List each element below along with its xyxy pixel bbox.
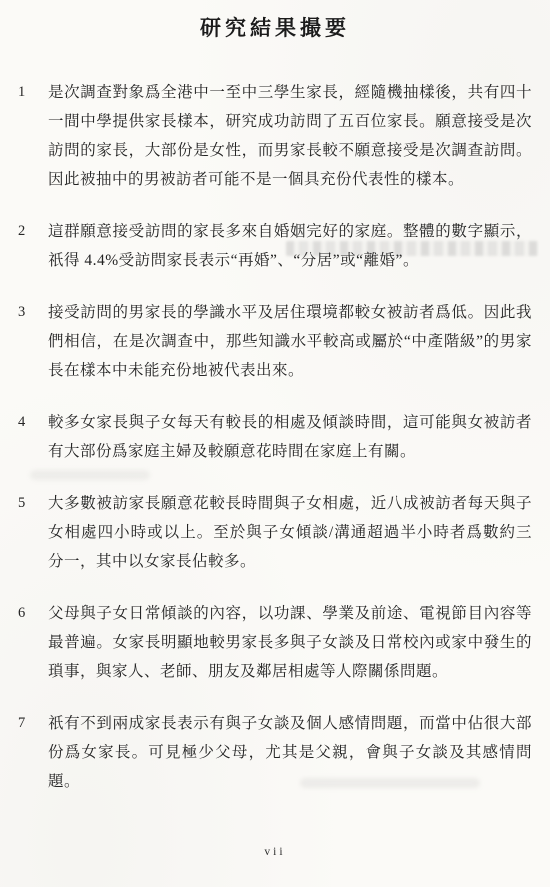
paragraph-text: 較多女家長與子女每天有較長的相處及傾談時間，這可能與女被訪者有大部份爲家庭主婦及… [48,408,532,466]
scan-bleed-through-artifact [286,241,538,256]
paragraph-text: 是次調查對象爲全港中一至中三學生家長，經隨機抽樣後，共有四十一間中學提供家長樣本… [48,78,532,194]
paragraph-number: 6 [0,599,48,686]
document-page: 研究結果撮要 1 是次調查對象爲全港中一至中三學生家長，經隨機抽樣後，共有四十一… [0,0,550,887]
paragraph-number: 4 [0,408,48,466]
paragraph-list: 1 是次調查對象爲全港中一至中三學生家長，經隨機抽樣後，共有四十一間中學提供家長… [0,78,550,796]
page-title: 研究結果撮要 [0,0,550,42]
page-number: vii [0,846,550,858]
scan-smudge-artifact [30,470,150,480]
paragraph-text: 接受訪問的男家長的學識水平及居住環境都較女被訪者爲低。因此我們相信，在是次調查中… [48,298,532,385]
paragraph-item-4: 4 較多女家長與子女每天有較長的相處及傾談時間，這可能與女被訪者有大部份爲家庭主… [0,408,550,466]
paragraph-item-5: 5 大多數被訪家長願意花較長時間與子女相處，近八成被訪者每天與子女相處四小時或以… [0,489,550,576]
paragraph-text: 父母與子女日常傾談的內容，以功課、學業及前途、電視節目內容等最普遍。女家長明顯地… [48,599,532,686]
paragraph-item-1: 1 是次調查對象爲全港中一至中三學生家長，經隨機抽樣後，共有四十一間中學提供家長… [0,78,550,194]
paragraph-number: 5 [0,489,48,576]
paragraph-item-6: 6 父母與子女日常傾談的內容，以功課、學業及前途、電視節目內容等最普遍。女家長明… [0,599,550,686]
paragraph-number: 2 [0,217,48,275]
paragraph-item-3: 3 接受訪問的男家長的學識水平及居住環境都較女被訪者爲低。因此我們相信，在是次調… [0,298,550,385]
paragraph-number: 1 [0,78,48,194]
paragraph-text: 大多數被訪家長願意花較長時間與子女相處，近八成被訪者每天與子女相處四小時或以上。… [48,489,532,576]
paragraph-number: 3 [0,298,48,385]
scan-smudge-artifact [300,778,480,788]
paragraph-number: 7 [0,709,48,796]
